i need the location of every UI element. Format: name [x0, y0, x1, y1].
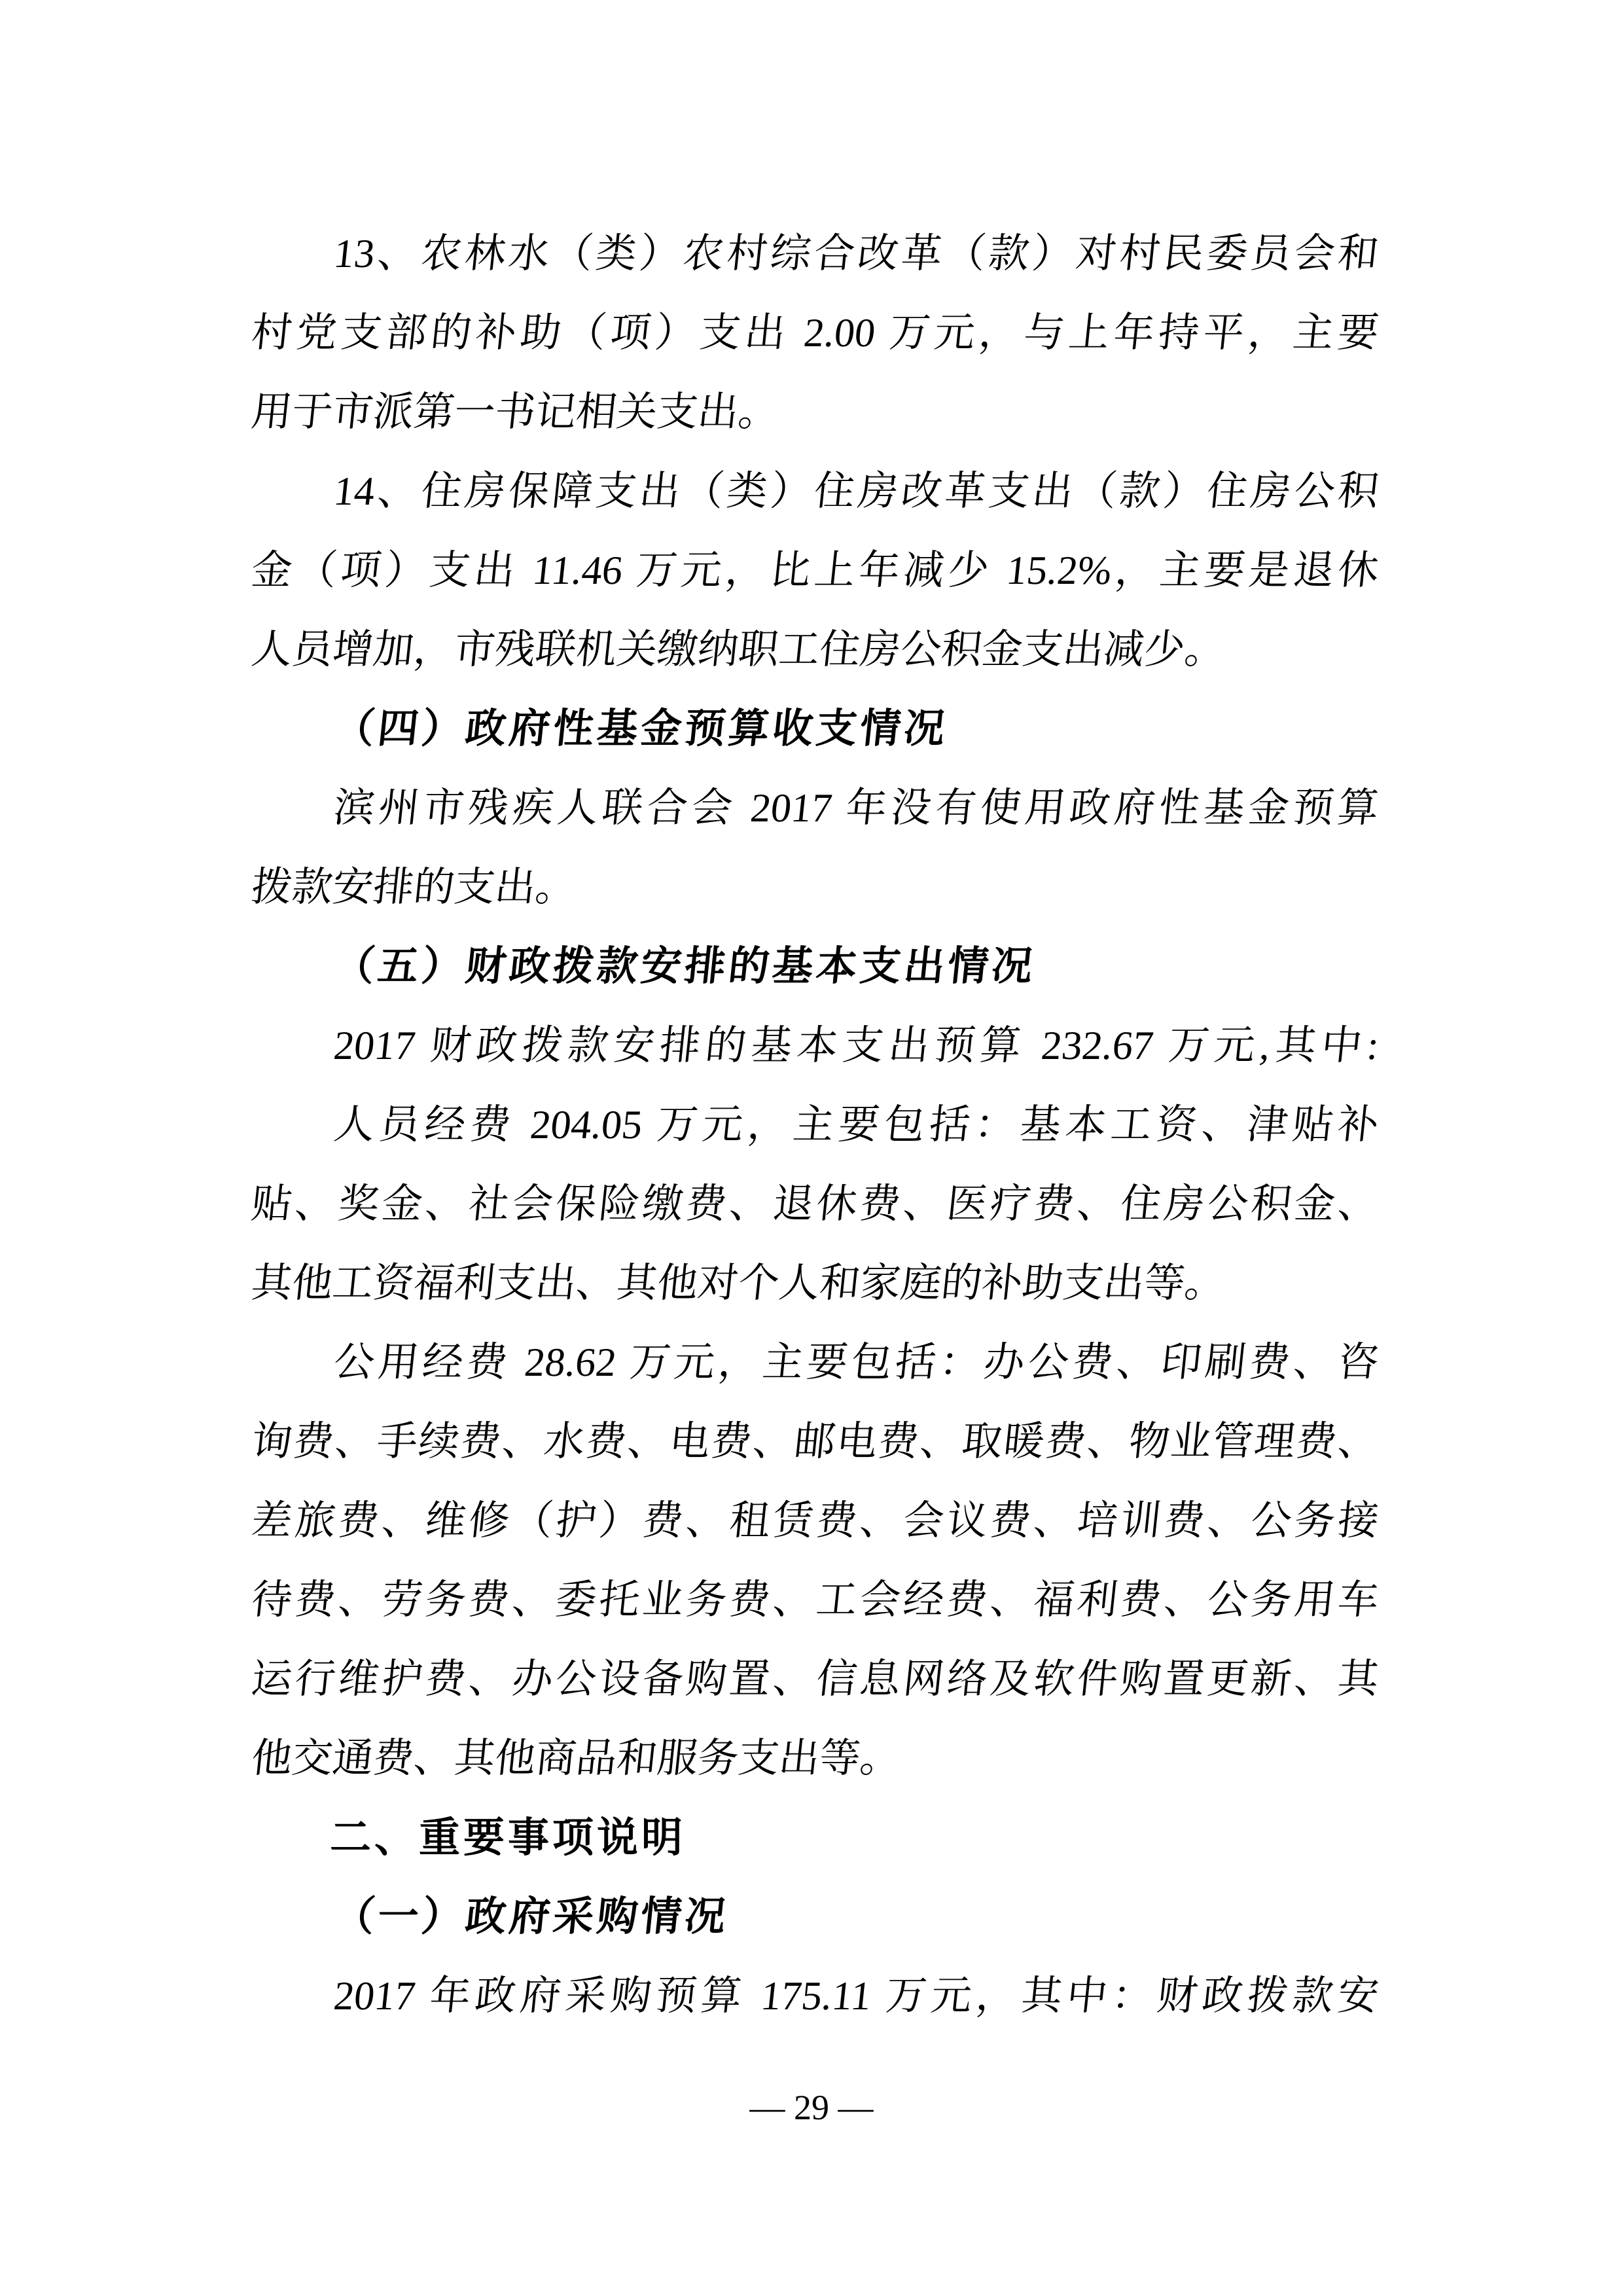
document-body: 13、农林水（类）农村综合改革（款）对村民委员会和 村党支部的补助（项）支出 2… — [247, 215, 1374, 2036]
section-4-para-line-2: 拨款安排的支出。 — [247, 848, 1383, 927]
public-funds-line-4: 待费、劳务费、委托业务费、工会经费、福利费、公务用车 — [247, 1561, 1383, 1640]
procurement-para-line-1: 2017 年政府采购预算 175.11 万元，其中：财政拨款安 — [247, 1957, 1383, 2036]
para-14-line-2: 金（项）支出 11.46 万元，比上年减少 15.2%，主要是退休 — [247, 531, 1383, 611]
page: 13、农林水（类）农村综合改革（款）对村民委员会和 村党支部的补助（项）支出 2… — [0, 0, 1623, 2296]
public-funds-line-3: 差旅费、维修（护）费、租赁费、会议费、培训费、公务接 — [247, 1482, 1383, 1561]
para-13-line-3: 用于市派第一书记相关支出。 — [247, 373, 1383, 452]
chapter-heading-2: 二、重要事项说明 — [247, 1799, 1374, 1878]
para-14-line-1: 14、住房保障支出（类）住房改革支出（款）住房公积 — [247, 452, 1383, 531]
section-5-intro-line: 2017 财政拨款安排的基本支出预算 232.67 万元,其中: — [247, 1007, 1383, 1086]
page-number: — 29 — — [0, 2088, 1623, 2127]
section-heading-5: （五）财政拨款安排的基本支出情况 — [247, 927, 1383, 1007]
public-funds-line-5: 运行维护费、办公设备购置、信息网络及软件购置更新、其 — [247, 1640, 1383, 1719]
public-funds-line-2: 询费、手续费、水费、电费、邮电费、取暖费、物业管理费、 — [247, 1403, 1383, 1482]
para-13-line-1: 13、农林水（类）农村综合改革（款）对村民委员会和 — [247, 215, 1383, 294]
public-funds-line-1: 公用经费 28.62 万元，主要包括：办公费、印刷费、咨 — [247, 1323, 1383, 1403]
public-funds-line-6: 他交通费、其他商品和服务支出等。 — [247, 1719, 1383, 1799]
section-heading-4: （四）政府性基金预算收支情况 — [247, 690, 1383, 769]
personnel-funds-line-3: 其他工资福利支出、其他对个人和家庭的补助支出等。 — [247, 1244, 1383, 1323]
para-14-line-3: 人员增加，市残联机关缴纳职工住房公积金支出减少。 — [247, 611, 1383, 690]
personnel-funds-line-2: 贴、奖金、社会保险缴费、退休费、医疗费、住房公积金、 — [247, 1165, 1383, 1244]
personnel-funds-line-1: 人员经费 204.05 万元，主要包括：基本工资、津贴补 — [247, 1086, 1383, 1165]
section-4-para-line-1: 滨州市残疾人联合会 2017 年没有使用政府性基金预算 — [247, 769, 1383, 848]
section-heading-1-procurement: （一）政府采购情况 — [247, 1878, 1383, 1957]
para-13-line-2: 村党支部的补助（项）支出 2.00 万元，与上年持平，主要 — [247, 294, 1383, 373]
